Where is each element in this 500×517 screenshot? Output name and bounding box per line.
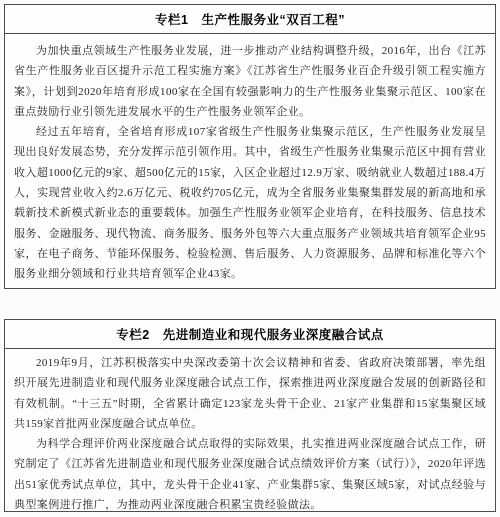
column-box-2-header: 专栏2 先进制造业和现代服务业深度融合试点 bbox=[5, 320, 495, 349]
column-box-1-body: 为加快重点领域生产性服务业发展，进一步推动产业结构调整升级，2016年，出台《江… bbox=[5, 34, 495, 285]
column-box-2-body: 2019年9月，江苏积极落实中央深改委第十次会议精神和省委、省政府决策部署，率先… bbox=[5, 349, 495, 512]
column-box-1-title: 专栏1 生产性服务业“双百工程” bbox=[155, 10, 345, 28]
column-box-2-paragraph-2: 为科学合理评价两业深度融合试点取得的实际效果，扎实推进两业深度融合试点工作，研究… bbox=[14, 434, 486, 512]
column-box-2: 专栏2 先进制造业和现代服务业深度融合试点 2019年9月，江苏积极落实中央深改… bbox=[4, 319, 496, 512]
document-page: 专栏1 生产性服务业“双百工程” 为加快重点领域生产性服务业发展，进一步推动产业… bbox=[0, 0, 500, 517]
column-box-2-title: 专栏2 先进制造业和现代服务业深度融合试点 bbox=[116, 325, 383, 343]
column-box-1-paragraph-1: 为加快重点领域生产性服务业发展，进一步推动产业结构调整升级，2016年，出台《江… bbox=[14, 41, 486, 122]
column-box-1: 专栏1 生产性服务业“双百工程” 为加快重点领域生产性服务业发展，进一步推动产业… bbox=[4, 4, 496, 289]
column-box-1-header: 专栏1 生产性服务业“双百工程” bbox=[5, 5, 495, 34]
column-box-2-paragraph-1: 2019年9月，江苏积极落实中央深改委第十次会议精神和省委、省政府决策部署，率先… bbox=[14, 353, 486, 434]
column-box-1-paragraph-2: 经过五年培育，全省培育形成107家省级生产性服务业集聚示范区，生产性服务业发展呈… bbox=[14, 122, 486, 284]
